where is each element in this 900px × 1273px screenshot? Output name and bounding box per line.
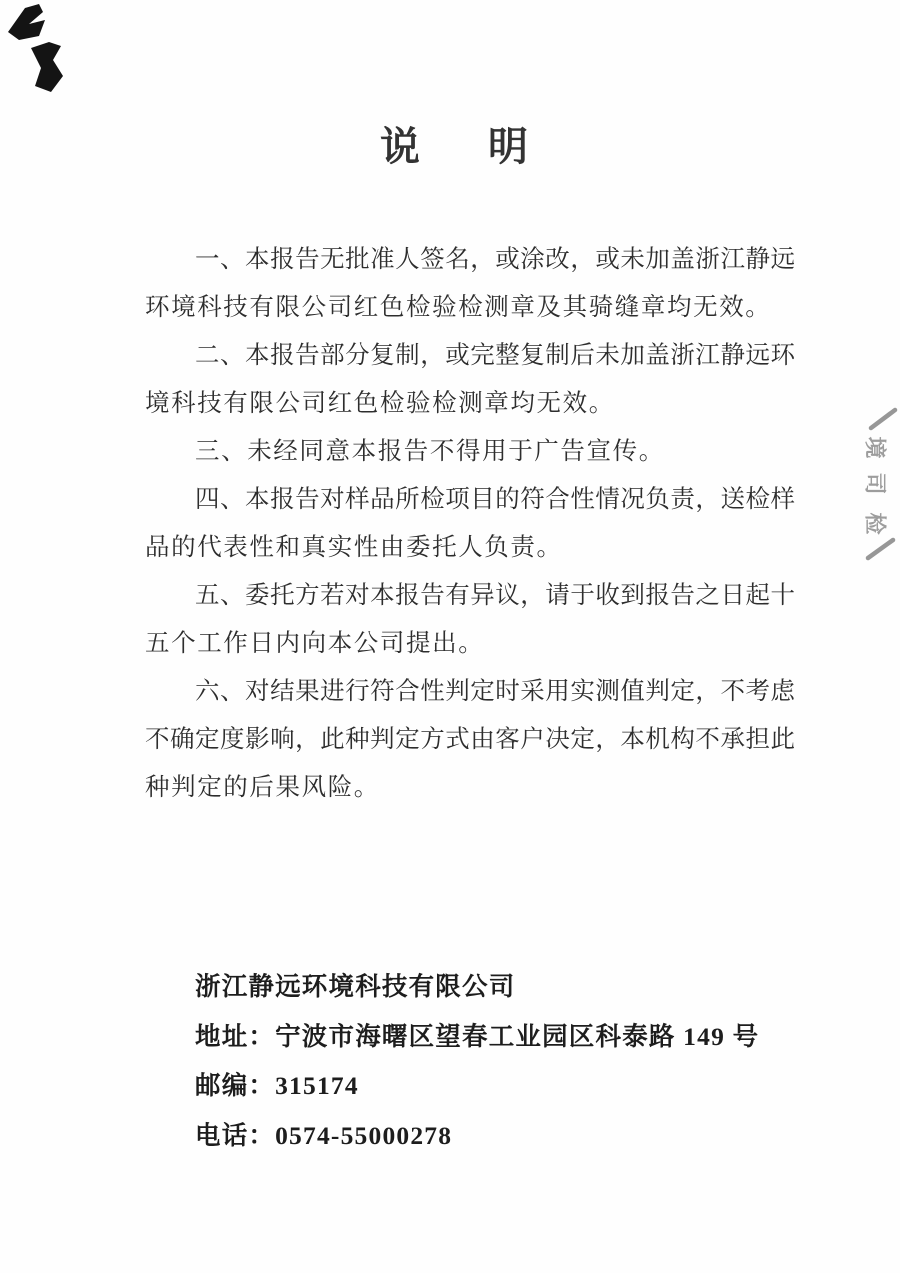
text-line: 品的代表性和真实性由委托人负责。 bbox=[145, 524, 795, 572]
company-phone: 电话：0574-55000278 bbox=[195, 1111, 759, 1161]
seal-partial-character: 司 bbox=[861, 472, 892, 494]
seal-arc-top bbox=[871, 410, 895, 428]
company-info-block: 浙江静远环境科技有限公司 地址：宁波市海曙区望春工业园区科泰路 149 号 邮编… bbox=[195, 962, 759, 1160]
scan-artifact-marks bbox=[5, 2, 75, 97]
seal-fragment: 境 司 检 bbox=[853, 400, 900, 568]
text-line: 四、本报告对样品所检项目的符合性情况负责，送检样 bbox=[145, 476, 795, 524]
seal-partial-character: 境 bbox=[861, 436, 892, 458]
text-line: 六、对结果进行符合性判定时采用实测值判定，不考虑 bbox=[145, 668, 795, 716]
text-line: 环境科技有限公司红色检验检测章及其骑缝章均无效。 bbox=[145, 284, 795, 332]
text-line: 不确定度影响，此种判定方式由客户决定，本机构不承担此 bbox=[145, 716, 795, 764]
text-line: 五个工作日内向本公司提出。 bbox=[145, 620, 795, 668]
body-text: 一、本报告无批准人签名，或涂改，或未加盖浙江静远环境科技有限公司红色检验检测章及… bbox=[145, 236, 795, 812]
seal-arc-bottom bbox=[868, 540, 893, 558]
text-line: 二、本报告部分复制，或完整复制后未加盖浙江静远环 bbox=[145, 332, 795, 380]
text-line: 五、委托方若对本报告有异议，请于收到报告之日起十 bbox=[145, 572, 795, 620]
text-line: 三、未经同意本报告不得用于广告宣传。 bbox=[145, 428, 795, 476]
company-name: 浙江静远环境科技有限公司 bbox=[195, 962, 759, 1012]
text-line: 种判定的后果风险。 bbox=[145, 764, 795, 812]
seal-partial-character: 检 bbox=[861, 512, 892, 534]
scan-artifact-shape-top bbox=[8, 4, 45, 40]
text-line: 境科技有限公司红色检验检测章均无效。 bbox=[145, 380, 795, 428]
page-title: 说 明 bbox=[0, 122, 900, 172]
scan-artifact-shape-bottom bbox=[31, 42, 63, 92]
text-line: 一、本报告无批准人签名，或涂改，或未加盖浙江静远 bbox=[145, 236, 795, 284]
seal-arc-lines bbox=[853, 400, 900, 568]
document-page: 说 明 一、本报告无批准人签名，或涂改，或未加盖浙江静远环境科技有限公司红色检验… bbox=[0, 0, 900, 1273]
company-postcode: 邮编：315174 bbox=[195, 1061, 759, 1111]
company-address: 地址：宁波市海曙区望春工业园区科泰路 149 号 bbox=[195, 1012, 759, 1062]
